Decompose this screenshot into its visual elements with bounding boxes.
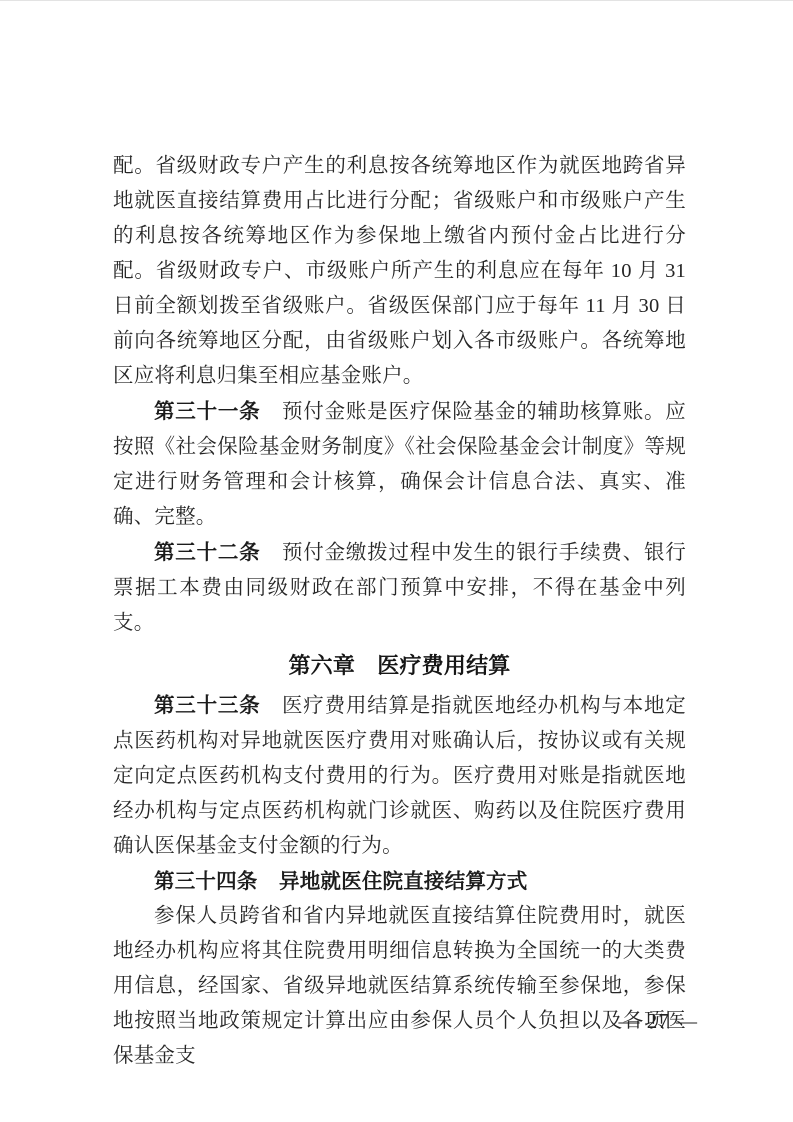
article-number: 第三十一条 [154, 400, 260, 423]
body-paragraph: 参保人员跨省和省内异地就医直接结算住院费用时，就医地经办机构应将其住院费用明细信… [113, 899, 686, 1074]
article-number: 第三十四条 [154, 870, 258, 893]
paragraph-text: 参保人员跨省和省内异地就医直接结算住院费用时，就医地经办机构应将其住院费用明细信… [113, 905, 686, 1067]
article-number: 第三十三条 [154, 694, 260, 717]
chapter-title-text: 第六章 医疗费用结算 [288, 653, 510, 678]
article-paragraph: 第三十四条异地就医住院直接结算方式 [113, 864, 686, 899]
chapter-heading: 第六章 医疗费用结算 [113, 648, 686, 683]
scan-edge-line [0, 0, 793, 1]
page-body: 配。省级财政专户产生的利息按各统筹地区作为就医地跨省异地就医直接结算费用占比进行… [113, 149, 686, 1074]
article-paragraph: 第三十一条预付金账是医疗保险基金的辅助核算账。应按照《社会保险基金财务制度》《社… [113, 394, 686, 535]
page-number: — 27 — [619, 1008, 699, 1034]
document-page: 配。省级财政专户产生的利息按各统筹地区作为就医地跨省异地就医直接结算费用占比进行… [0, 0, 793, 1122]
paragraph-text: 配。省级财政专户产生的利息按各统筹地区作为就医地跨省异地就医直接结算费用占比进行… [113, 155, 686, 387]
paragraph-text: 医疗费用结算是指就医地经办机构与本地定点医药机构对异地就医医疗费用对账确认后，按… [113, 695, 686, 857]
article-number: 第三十二条 [154, 541, 260, 564]
body-paragraph: 配。省级财政专户产生的利息按各统筹地区作为就医地跨省异地就医直接结算费用占比进行… [113, 149, 686, 394]
article-paragraph: 第三十三条医疗费用结算是指就医地经办机构与本地定点医药机构对异地就医医疗费用对账… [113, 688, 686, 864]
paragraph-text: 异地就医住院直接结算方式 [279, 870, 527, 893]
article-paragraph: 第三十二条预付金缴拨过程中发生的银行手续费、银行票据工本费由同级财政在部门预算中… [113, 535, 686, 641]
